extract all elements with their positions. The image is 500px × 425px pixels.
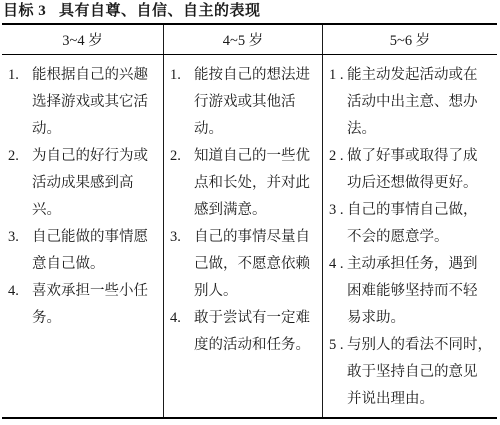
list-item: 2. 为自己的好行为或 活动成果感到高 兴。 [8, 143, 161, 224]
item-text: 自己的事情自己做， 不会的愿意学。 [347, 197, 478, 251]
item-number: 1. [170, 62, 194, 89]
table-body-row: 1. 能根据自己的兴趣 选择游戏或其它活 动。 2. 为自己的好行为或 活动成果… [2, 55, 497, 417]
column-age-4-5: 1. 能按自己的想法进 行游戏或其他活 动。 2. 知道自己的一些优 点和长处，… [163, 55, 322, 417]
goal-title-text: 具有自尊、自信、自主的表现 [59, 3, 261, 19]
list-item: 3. 自己能做的事情愿 意自己做。 [8, 224, 161, 278]
header-cell-age-4-5: 4~5 岁 [163, 25, 322, 54]
item-text: 能主动发起活动或在 活动中出主意、想办 法。 [347, 62, 478, 143]
header-cell-age-3-4: 3~4 岁 [2, 25, 163, 54]
item-number: 1. [8, 62, 32, 89]
header-cell-age-5-6: 5~6 岁 [322, 25, 497, 54]
item-number: 5 . [329, 332, 347, 359]
item-text: 知道自己的一些优 点和长处，并对此 感到满意。 [194, 143, 310, 224]
list-item: 5 . 与别人的看法不同时， 敢于坚持自己的意见 并说出理由。 [329, 332, 495, 413]
list-item: 3. 自己的事情尽量自 己做，不愿意依赖 别人。 [170, 224, 320, 305]
item-number: 2. [170, 143, 194, 170]
list-item: 2 . 做了好事或取得了成 功后还想做得更好。 [329, 143, 495, 197]
item-text: 做了好事或取得了成 功后还想做得更好。 [347, 143, 478, 197]
item-text: 与别人的看法不同时， 敢于坚持自己的意见 并说出理由。 [347, 332, 492, 413]
list-item: 4. 敢于尝试有一定难 度的活动和任务。 [170, 305, 320, 359]
item-number: 4. [170, 305, 194, 332]
item-text: 能按自己的想法进 行游戏或其他活 动。 [194, 62, 310, 143]
item-number: 2 . [329, 143, 347, 170]
column-age-5-6: 1 . 能主动发起活动或在 活动中出主意、想办 法。 2 . 做了好事或取得了成… [322, 55, 497, 417]
item-number: 3. [8, 224, 32, 251]
list-item: 4 . 主动承担任务，遇到 困难能够坚持而不轻 易求助。 [329, 251, 495, 332]
column-age-3-4: 1. 能根据自己的兴趣 选择游戏或其它活 动。 2. 为自己的好行为或 活动成果… [2, 55, 163, 417]
item-text: 敢于尝试有一定难 度的活动和任务。 [194, 305, 310, 359]
goals-table: 3~4 岁 4~5 岁 5~6 岁 1. 能根据自己的兴趣 选择游戏或其它活 动… [2, 23, 497, 419]
item-number: 3. [170, 224, 194, 251]
item-text: 主动承担任务，遇到 困难能够坚持而不轻 易求助。 [347, 251, 478, 332]
list-item: 3 . 自己的事情自己做， 不会的愿意学。 [329, 197, 495, 251]
document-page: 目标 3具有自尊、自信、自主的表现 3~4 岁 4~5 岁 5~6 岁 1. 能… [0, 0, 500, 419]
page-title: 目标 3具有自尊、自信、自主的表现 [3, 2, 498, 20]
list-item: 1. 能根据自己的兴趣 选择游戏或其它活 动。 [8, 62, 161, 143]
list-item: 1 . 能主动发起活动或在 活动中出主意、想办 法。 [329, 62, 495, 143]
item-text: 自己的事情尽量自 己做，不愿意依赖 别人。 [194, 224, 310, 305]
item-text: 喜欢承担一些小任 务。 [32, 278, 148, 332]
item-text: 自己能做的事情愿 意自己做。 [32, 224, 148, 278]
item-text: 为自己的好行为或 活动成果感到高 兴。 [32, 143, 148, 224]
list-item: 4. 喜欢承担一些小任 务。 [8, 278, 161, 332]
item-number: 4 . [329, 251, 347, 278]
item-text: 能根据自己的兴趣 选择游戏或其它活 动。 [32, 62, 148, 143]
goal-number-label: 目标 3 [3, 3, 46, 19]
item-number: 4. [8, 278, 32, 305]
list-item: 2. 知道自己的一些优 点和长处，并对此 感到满意。 [170, 143, 320, 224]
item-number: 3 . [329, 197, 347, 224]
item-number: 2. [8, 143, 32, 170]
list-item: 1. 能按自己的想法进 行游戏或其他活 动。 [170, 62, 320, 143]
table-header-row: 3~4 岁 4~5 岁 5~6 岁 [2, 25, 497, 55]
item-number: 1 . [329, 62, 347, 89]
